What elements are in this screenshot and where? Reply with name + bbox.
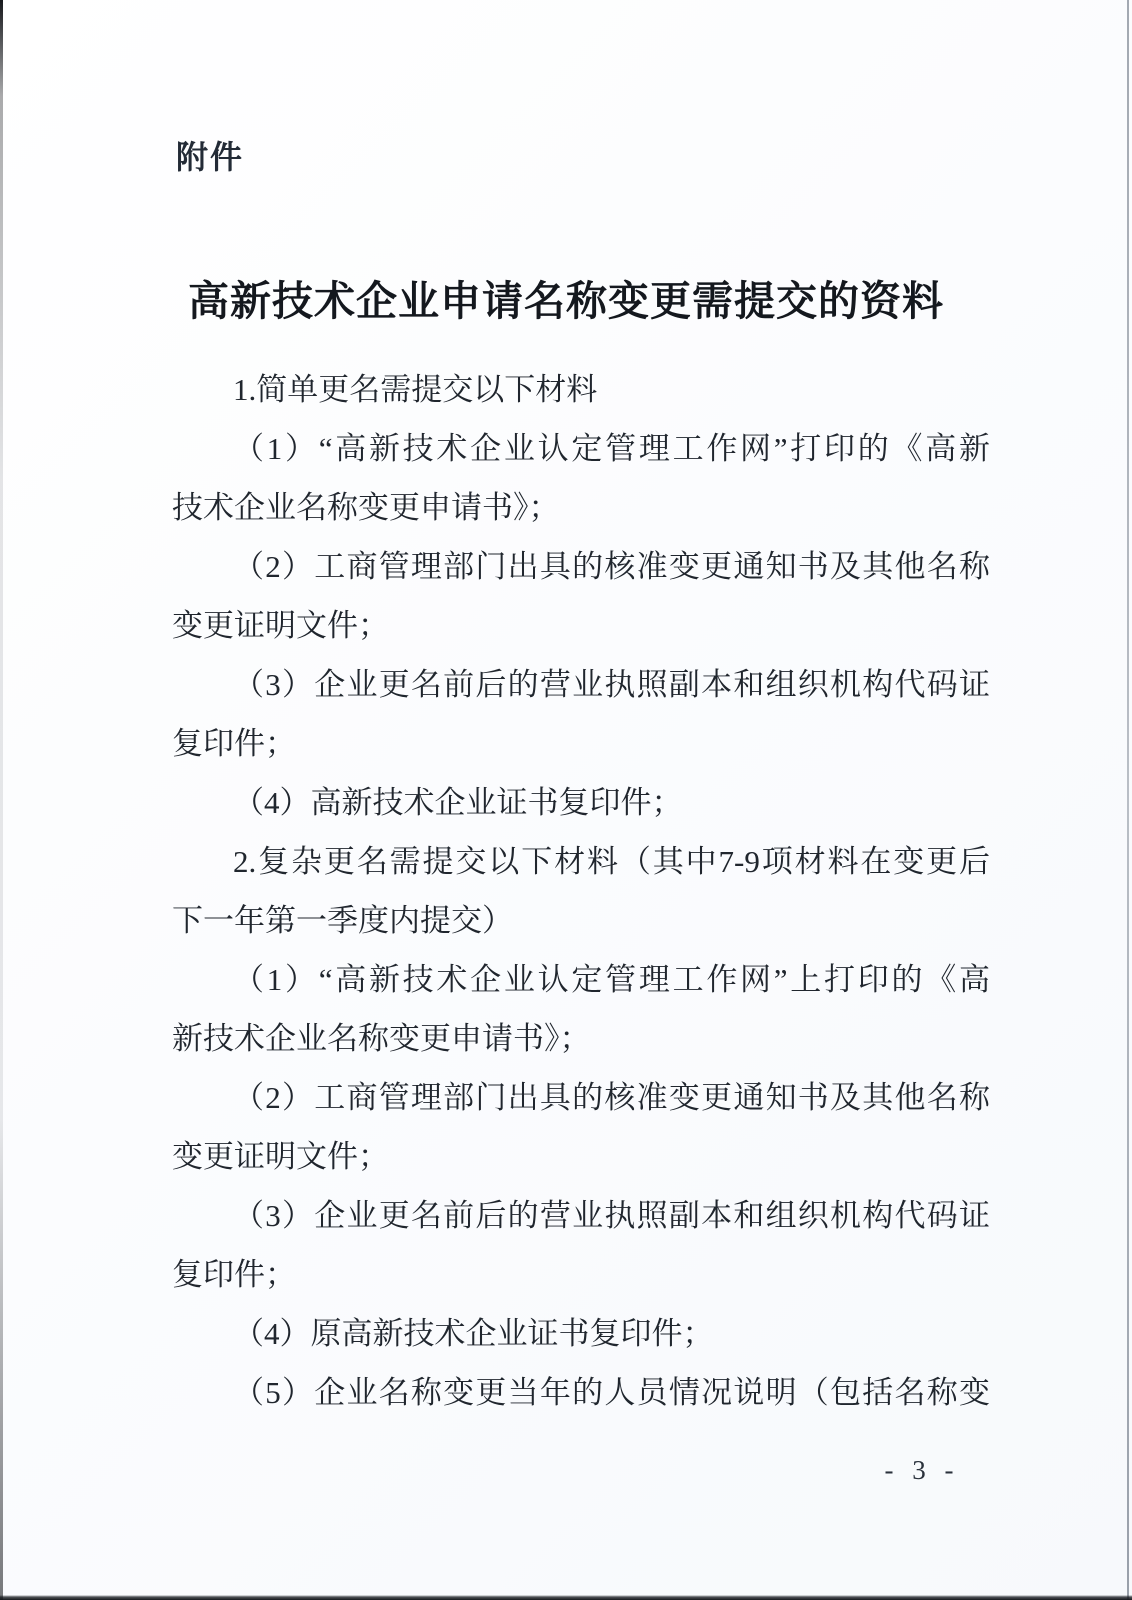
text-line: 变更证明文件；: [172, 1127, 990, 1186]
page-number: - 3 -: [852, 1452, 992, 1488]
text-line: 复印件；: [172, 714, 990, 773]
text-line: 2.复杂更名需提交以下材料（其中7-9项材料在变更后: [172, 832, 990, 891]
attachment-label: 附件: [176, 136, 244, 178]
scan-edge-left: [0, 0, 3, 1600]
text-line: （4）高新技术企业证书复印件；: [172, 773, 990, 832]
text-line: （3）企业更名前后的营业执照副本和组织机构代码证: [172, 1186, 990, 1245]
scan-edge-right-line: [1127, 0, 1129, 1600]
text-line: 复印件；: [172, 1245, 990, 1304]
text-line: （2）工商管理部门出具的核准变更通知书及其他名称: [172, 1068, 990, 1127]
text-line: 变更证明文件；: [172, 596, 990, 655]
text-line: （1）“高新技术企业认定管理工作网”上打印的《高: [172, 950, 990, 1009]
text-line: （3）企业更名前后的营业执照副本和组织机构代码证: [172, 655, 990, 714]
text-line: 下一年第一季度内提交）: [172, 891, 990, 950]
document-body: 1.简单更名需提交以下材料 （1）“高新技术企业认定管理工作网”打印的《高新 技…: [172, 360, 990, 1422]
scan-edge-bottom: [0, 1595, 1132, 1600]
document-title: 高新技术企业申请名称变更需提交的资料: [0, 274, 1132, 328]
text-line: （2）工商管理部门出具的核准变更通知书及其他名称: [172, 537, 990, 596]
text-line: （5）企业名称变更当年的人员情况说明（包括名称变: [172, 1363, 990, 1422]
text-line: （4）原高新技术企业证书复印件；: [172, 1304, 990, 1363]
text-line: 新技术企业名称变更申请书》；: [172, 1009, 990, 1068]
text-line: （1）“高新技术企业认定管理工作网”打印的《高新: [172, 419, 990, 478]
scanned-document-page: 附件 高新技术企业申请名称变更需提交的资料 1.简单更名需提交以下材料 （1）“…: [0, 0, 1132, 1600]
text-line: 技术企业名称变更申请书》；: [172, 478, 990, 537]
text-line: 1.简单更名需提交以下材料: [172, 360, 990, 419]
